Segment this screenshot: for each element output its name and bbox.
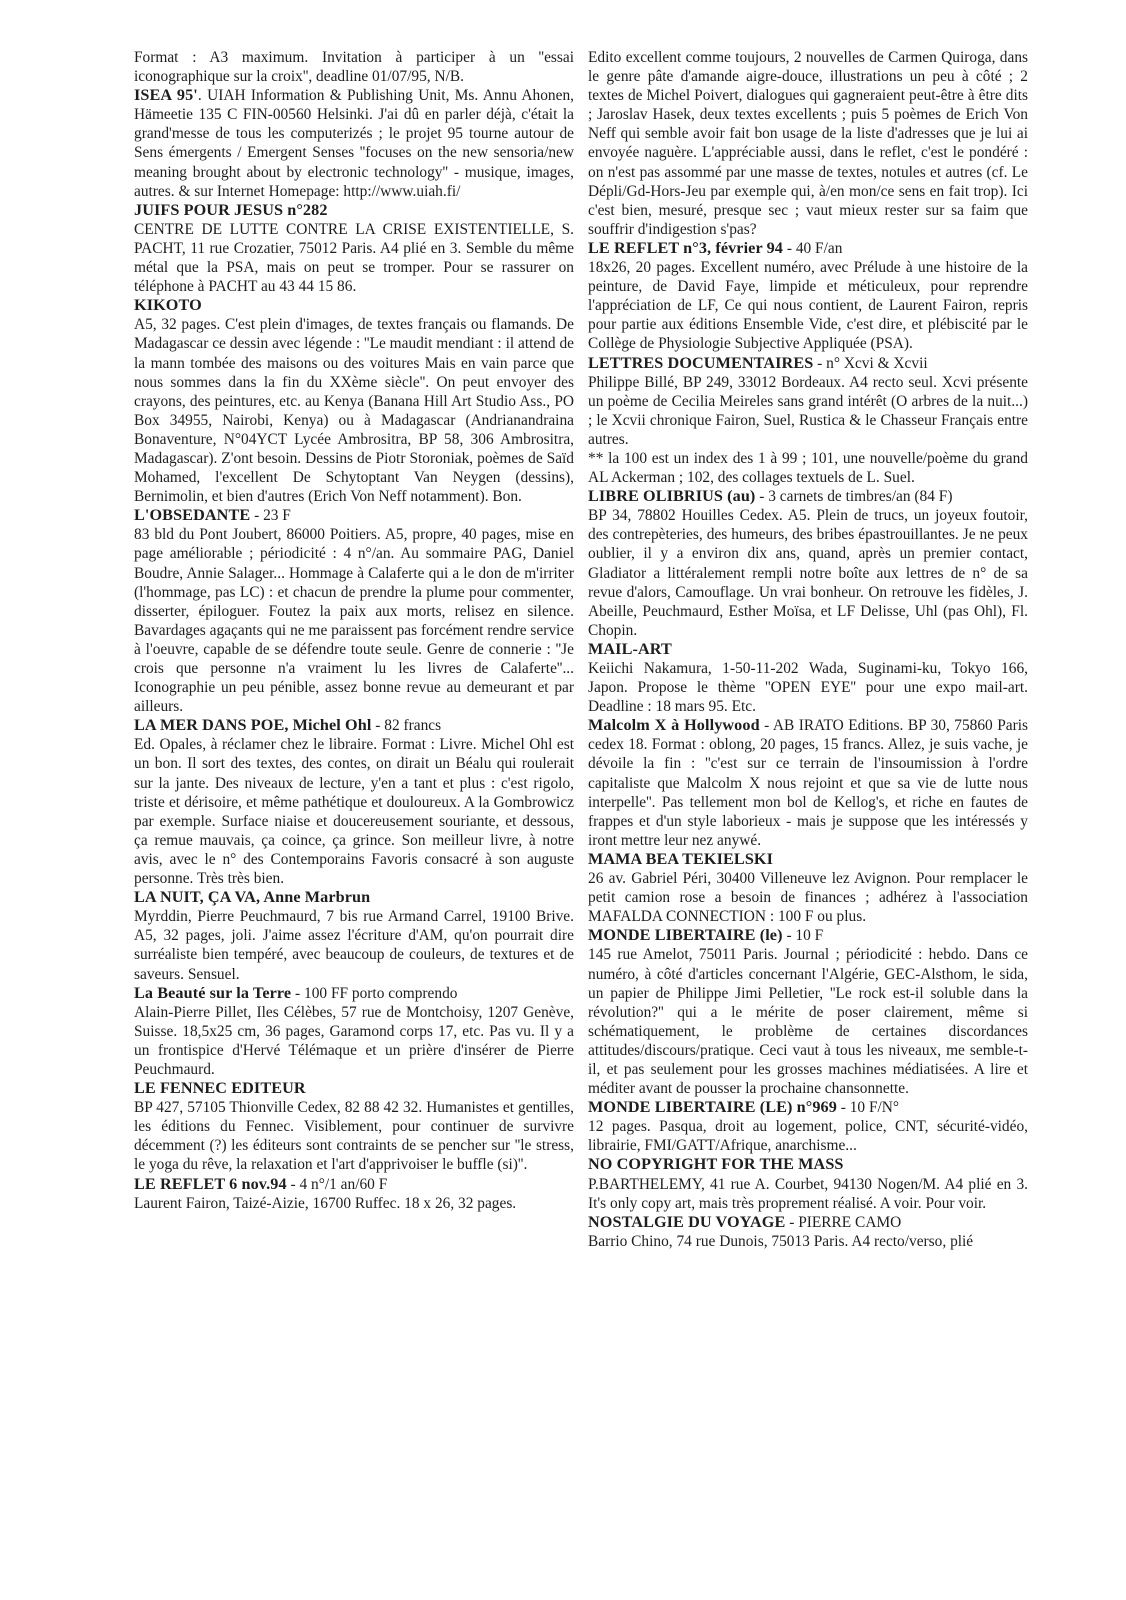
entry-title: MONDE LIBERTAIRE (LE) n°969 <box>588 1098 837 1116</box>
entry-title: JUIFS POUR JESUS n°282 <box>134 201 328 219</box>
entry-title: LE REFLET n°3, février 94 <box>588 239 783 257</box>
entry-lettres-documentaires: LETTRES DOCUMENTAIRES - n° Xcvi & Xcvii … <box>588 354 1028 488</box>
entry-meta: - n° Xcvi & Xcvii <box>813 355 927 372</box>
entry-title: KIKOTO <box>134 296 202 314</box>
entry-la-mer-dans-poe: LA MER DANS POE, Michel Ohl - 82 francs … <box>134 716 574 888</box>
entry-meta: - 10 F <box>783 927 824 944</box>
entry-le-reflet-nov-94: LE REFLET 6 nov.94 - 4 n°/1 an/60 F Laur… <box>134 1175 574 1213</box>
entry-mail-art: MAIL-ART Keiichi Nakamura, 1-50-11-202 W… <box>588 640 1028 716</box>
entry-title: La Beauté sur la Terre <box>134 984 291 1002</box>
entry-meta: - 10 F/N° <box>837 1099 899 1116</box>
entry-la-nuit-ca-va: LA NUIT, ÇA VA, Anne Marbrun Myrddin, Pi… <box>134 888 574 983</box>
entry-body: CENTRE DE LUTTE CONTRE LA CRISE EXISTENT… <box>134 220 574 296</box>
entry-body: Laurent Fairon, Taizé-Aizie, 16700 Ruffe… <box>134 1194 574 1213</box>
entry-body: A5, 32 pages. C'est plein d'images, de t… <box>134 315 574 506</box>
entry-body: . UIAH Information & Publishing Unit, Ms… <box>134 87 574 199</box>
entry-body: Philippe Billé, BP 249, 33012 Bordeaux. … <box>588 373 1028 449</box>
lead-in-text: Format : A3 maximum. Invitation à partic… <box>134 48 574 86</box>
entry-title: LIBRE OLIBRIUS (au) <box>588 487 755 505</box>
entry-mama-bea-tekielski: MAMA BEA TEKIELSKI 26 av. Gabriel Péri, … <box>588 850 1028 926</box>
entry-nostalgie-du-voyage: NOSTALGIE DU VOYAGE - PIERRE CAMO Barrio… <box>588 1213 1028 1251</box>
entry-title: LA NUIT, ÇA VA, Anne Marbrun <box>134 888 370 906</box>
entry-title: LE REFLET 6 nov.94 <box>134 1175 287 1193</box>
entry-isea-95: ISEA 95'. UIAH Information & Publishing … <box>134 86 574 201</box>
entry-le-reflet-n3: LE REFLET n°3, février 94 - 40 F/an 18x2… <box>588 239 1028 354</box>
entry-title: ISEA 95' <box>134 86 198 104</box>
entry-body: Alain-Pierre Pillet, Iles Célèbes, 57 ru… <box>134 1003 574 1079</box>
entry-body: 145 rue Amelot, 75011 Paris. Journal ; p… <box>588 945 1028 1098</box>
entry-kikoto: KIKOTO A5, 32 pages. C'est plein d'image… <box>134 296 574 506</box>
entry-title: Malcolm X à Hollywood <box>588 716 760 734</box>
entry-meta: - 100 FF porto comprendo <box>291 985 457 1002</box>
entry-monde-libertaire: MONDE LIBERTAIRE (le) - 10 F 145 rue Ame… <box>588 926 1028 1098</box>
entry-note: ** la 100 est un index des 1 à 99 ; 101,… <box>588 449 1028 487</box>
entry-l-obsedante: L'OBSEDANTE - 23 F 83 bld du Pont Jouber… <box>134 506 574 716</box>
entry-body: Keiichi Nakamura, 1-50-11-202 Wada, Sugi… <box>588 659 1028 716</box>
entry-body: P.BARTHELEMY, 41 rue A. Courbet, 94130 N… <box>588 1175 1028 1213</box>
entry-title: NO COPYRIGHT FOR THE MASS <box>588 1155 844 1173</box>
entry-no-copyright-for-the-mass: NO COPYRIGHT FOR THE MASS P.BARTHELEMY, … <box>588 1155 1028 1212</box>
left-column: Format : A3 maximum. Invitation à partic… <box>134 48 574 1213</box>
entry-juifs-pour-jesus: JUIFS POUR JESUS n°282 CENTRE DE LUTTE C… <box>134 201 574 296</box>
entry-body: Myrddin, Pierre Peuchmaurd, 7 bis rue Ar… <box>134 907 574 983</box>
entry-malcolm-x-a-hollywood: Malcolm X à Hollywood - AB IRATO Edition… <box>588 716 1028 850</box>
entry-body: 12 pages. Pasqua, droit au logement, pol… <box>588 1117 1028 1155</box>
entry-meta: - 82 francs <box>371 717 441 734</box>
entry-title: MAIL-ART <box>588 640 672 658</box>
entry-body: Ed. Opales, à réclamer chez le libraire.… <box>134 735 574 888</box>
entry-meta: - 4 n°/1 an/60 F <box>287 1176 388 1193</box>
entry-meta: - 40 F/an <box>783 240 842 257</box>
entry-libre-olibrius: LIBRE OLIBRIUS (au) - 3 carnets de timbr… <box>588 487 1028 640</box>
lead-in-text: Edito excellent comme toujours, 2 nouvel… <box>588 48 1028 239</box>
entry-title: LE FENNEC EDITEUR <box>134 1079 306 1097</box>
entry-body: BP 34, 78802 Houilles Cedex. A5. Plein d… <box>588 506 1028 640</box>
entry-la-beaute-sur-la-terre: La Beauté sur la Terre - 100 FF porto co… <box>134 984 574 1079</box>
entry-meta: - 23 F <box>250 507 291 524</box>
entry-le-fennec-editeur: LE FENNEC EDITEUR BP 427, 57105 Thionvil… <box>134 1079 574 1174</box>
entry-title: MAMA BEA TEKIELSKI <box>588 850 773 868</box>
entry-body: Barrio Chino, 74 rue Dunois, 75013 Paris… <box>588 1232 1028 1251</box>
entry-title: NOSTALGIE DU VOYAGE <box>588 1213 785 1231</box>
entry-body: 83 bld du Pont Joubert, 86000 Poitiers. … <box>134 525 574 716</box>
right-column: Edito excellent comme toujours, 2 nouvel… <box>588 48 1028 1251</box>
entry-body: 26 av. Gabriel Péri, 30400 Villeneuve le… <box>588 869 1028 926</box>
entry-title: MONDE LIBERTAIRE (le) <box>588 926 783 944</box>
entry-meta: - 3 carnets de timbres/an (84 F) <box>755 488 952 505</box>
entry-body: BP 427, 57105 Thionville Cedex, 82 88 42… <box>134 1098 574 1174</box>
entry-title: LA MER DANS POE, Michel Ohl <box>134 716 371 734</box>
entry-meta: - AB IRATO Editions. BP 30, 75860 Paris … <box>588 717 1028 849</box>
entry-meta: - PIERRE CAMO <box>785 1214 901 1231</box>
entry-title: L'OBSEDANTE <box>134 506 250 524</box>
entry-body: 18x26, 20 pages. Excellent numéro, avec … <box>588 258 1028 353</box>
entry-title: LETTRES DOCUMENTAIRES <box>588 354 813 372</box>
entry-monde-libertaire-969: MONDE LIBERTAIRE (LE) n°969 - 10 F/N° 12… <box>588 1098 1028 1155</box>
